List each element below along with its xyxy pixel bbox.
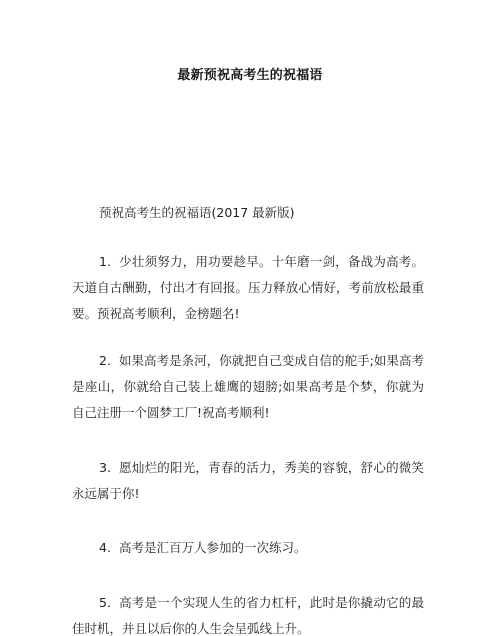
- paragraph-text: 高考是一个实现人生的省力杠杆，此时是你撬动它的最佳时机，并且以后你的人生会呈弧线…: [72, 595, 424, 636]
- document-subtitle: 预祝高考生的祝福语(2017 最新版): [99, 203, 295, 221]
- paragraph-text: 高考是汇百万人参加的一次练习。: [119, 540, 307, 555]
- blessing-paragraph-4: 4.高考是汇百万人参加的一次练习。: [72, 535, 424, 561]
- document-page: 最新预祝高考生的祝福语 预祝高考生的祝福语(2017 最新版) 1.少壮须努力，…: [0, 0, 500, 636]
- paragraph-number: 5.: [99, 595, 111, 610]
- blessing-paragraph-2: 2.如果高考是条河，你就把自己变成自信的舵手;如果高考是座山，你就给自己装上雄鹰…: [72, 348, 424, 426]
- paragraph-number: 4.: [99, 540, 111, 555]
- paragraph-number: 1.: [99, 254, 111, 269]
- paragraph-text: 愿灿烂的阳光，青春的活力，秀美的容貌，舒心的微笑永远属于你!: [72, 460, 424, 501]
- paragraph-number: 3.: [99, 460, 111, 475]
- blessing-paragraph-3: 3.愿灿烂的阳光，青春的活力，秀美的容貌，舒心的微笑永远属于你!: [72, 455, 424, 507]
- paragraph-number: 2.: [99, 353, 111, 368]
- paragraph-text: 少壮须努力，用功要趁早。十年磨一剑，备战为高考。天道自古酬勤，付出才有回报。压力…: [72, 254, 424, 321]
- blessing-paragraph-1: 1.少壮须努力，用功要趁早。十年磨一剑，备战为高考。天道自古酬勤，付出才有回报。…: [72, 249, 424, 327]
- paragraph-text: 如果高考是条河，你就把自己变成自信的舵手;如果高考是座山，你就给自己装上雄鹰的翅…: [72, 353, 424, 420]
- blessing-paragraph-5: 5.高考是一个实现人生的省力杠杆，此时是你撬动它的最佳时机，并且以后你的人生会呈…: [72, 590, 424, 636]
- document-title: 最新预祝高考生的祝福语: [0, 64, 500, 83]
